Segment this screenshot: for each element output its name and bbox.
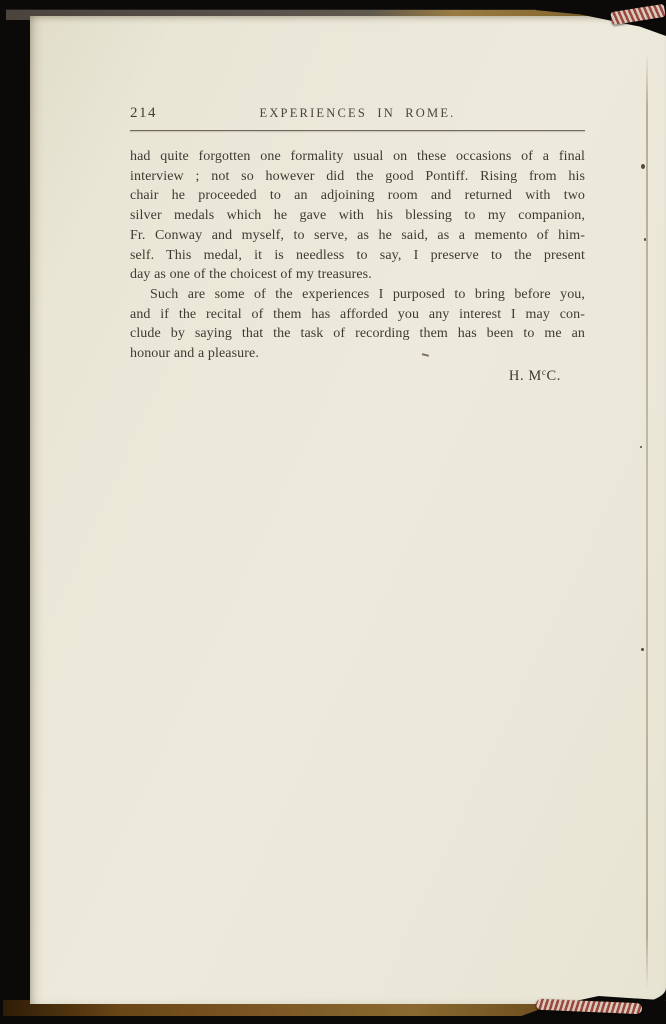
running-header-title: EXPERIENCES IN ROME. [130,106,585,121]
body-line: and if the recital of them has afforded … [130,305,585,325]
body-line: self. This medal, it is needless to say,… [130,246,585,266]
signature-prefix: H. M [509,368,542,384]
body-line: Fr. Conway and myself, to serve, as he s… [130,226,585,246]
author-signature: H. McC. [130,367,585,385]
body-line: Such are some of the experiences I purpo… [130,285,585,305]
signature-suffix: C. [547,368,562,384]
body-line: silver medals which he gave with his ble… [130,206,585,226]
scanned-book-photo: 214 EXPERIENCES IN ROME. had quite forgo… [0,0,666,1024]
body-line: had quite forgotten one formality usual … [130,147,585,167]
dust-speck [641,164,645,169]
dust-speck [640,446,642,448]
running-head: 214 EXPERIENCES IN ROME. [130,102,585,124]
body-text: had quite forgotten one formality usual … [130,147,585,364]
book-page: 214 EXPERIENCES IN ROME. had quite forgo… [30,16,666,1004]
body-line: interview ; not so however did the good … [130,167,585,187]
page-edge-stack [0,13,31,1010]
page-crease-line [646,52,648,990]
printed-content: 214 EXPERIENCES IN ROME. had quite forgo… [130,102,585,385]
dust-speck [641,648,644,651]
dust-speck [644,238,646,241]
header-rule [130,130,585,131]
body-line: chair he proceeded to an adjoining room … [130,186,585,206]
body-line: clude by saying that the task of recordi… [130,324,585,344]
body-line: day as one of the choicest of my treasur… [130,265,585,285]
body-line: honour and a pleasure. [130,344,585,364]
